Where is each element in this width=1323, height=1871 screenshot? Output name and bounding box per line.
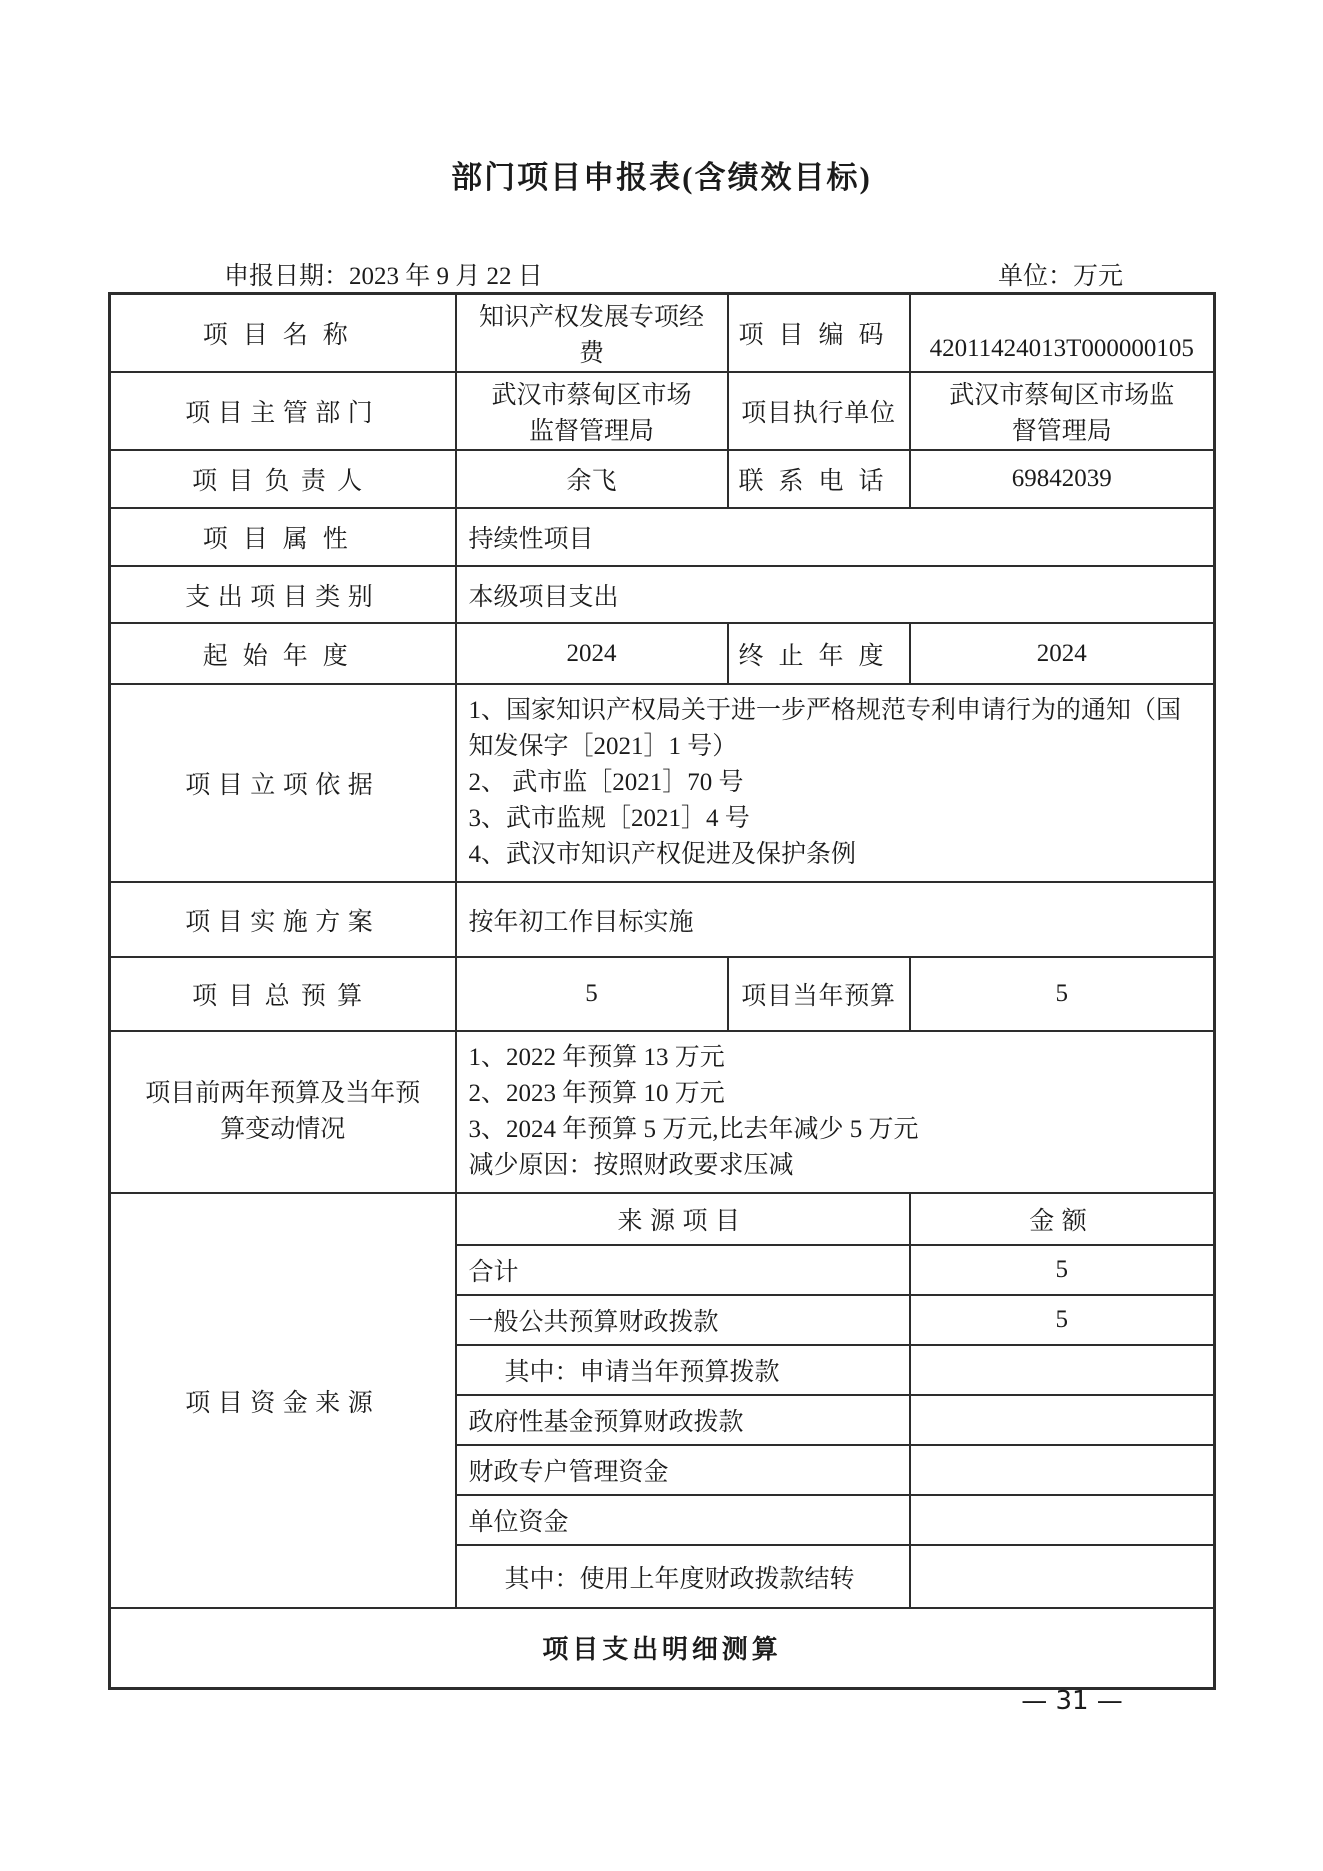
funding-total-amount: 5 (910, 1245, 1215, 1295)
detail-section-title: 项目支出明细测算 (110, 1608, 1215, 1688)
row-budget: 项目总预算 5 项目当年预算 5 (110, 957, 1215, 1031)
funding-current-appropriation-amount (910, 1345, 1215, 1395)
funding-carryover-name: 其中：使用上年度财政拨款结转 (456, 1545, 910, 1608)
start-year-value: 2024 (456, 623, 728, 684)
row-supervisor-dept: 项目主管部门 武汉市蔡甸区市场监督管理局 项目执行单位 武汉市蔡甸区市场监督管理… (110, 372, 1215, 450)
executing-unit-value: 武汉市蔡甸区市场监督管理局 (910, 372, 1215, 450)
current-year-budget-label: 项目当年预算 (728, 957, 910, 1031)
history-line-3: 3、2024 年预算 5 万元,比去年减少 5 万元 (469, 1112, 1202, 1148)
supervisor-dept-value: 武汉市蔡甸区市场监督管理局 (456, 372, 728, 450)
row-years: 起始年度 2024 终止年度 2024 (110, 623, 1215, 684)
total-budget-value: 5 (456, 957, 728, 1031)
budget-history-label: 项目前两年预算及当年预算变动情况 (110, 1031, 456, 1193)
executing-unit-label: 项目执行单位 (728, 372, 910, 450)
project-code-value: 42011424013T000000105 (910, 294, 1215, 373)
basis-line-1: 1、国家知识产权局关于进一步严格规范专利申请行为的通知（国知发保字［2021］1… (469, 693, 1202, 765)
page-title: 部门项目申报表(含绩效目标) (0, 152, 1323, 197)
funding-government-fund-name: 政府性基金预算财政拨款 (456, 1395, 910, 1445)
project-code-label: 项目编码 (728, 294, 910, 373)
row-budget-history: 项目前两年预算及当年预算变动情况 1、2022 年预算 13 万元 2、2023… (110, 1031, 1215, 1193)
basis-line-3: 3、武市监规［2021］4 号 (469, 801, 1202, 837)
row-project-name: 项目名称 知识产权发展专项经费 项目编码 42011424013T0000001… (110, 294, 1215, 373)
supervisor-dept-label: 项目主管部门 (110, 372, 456, 450)
funding-column-amount: 金额 (910, 1193, 1215, 1245)
row-project-leader: 项目负责人 余飞 联系电话 69842039 (110, 450, 1215, 508)
implementation-plan-label: 项目实施方案 (110, 882, 456, 957)
document-page: 部门项目申报表(含绩效目标) 申报日期：2023 年 9 月 22 日 单位：万… (0, 0, 1323, 1871)
funding-source-label: 项目资金来源 (110, 1193, 456, 1608)
unit-label: 单位：万元 (998, 256, 1123, 292)
funding-special-account-name: 财政专户管理资金 (456, 1445, 910, 1495)
basis-line-4: 4、武汉市知识产权促进及保护条例 (469, 837, 1202, 873)
project-basis-value: 1、国家知识产权局关于进一步严格规范专利申请行为的通知（国知发保字［2021］1… (456, 684, 1215, 882)
funding-special-account-amount (910, 1445, 1215, 1495)
row-implementation-plan: 项目实施方案 按年初工作目标实施 (110, 882, 1215, 957)
history-line-4: 减少原因：按照财政要求压减 (469, 1148, 1202, 1184)
funding-column-source: 来源项目 (456, 1193, 910, 1245)
history-line-2: 2、2023 年预算 10 万元 (469, 1076, 1202, 1112)
funding-carryover-amount (910, 1545, 1215, 1608)
end-year-label: 终止年度 (728, 623, 910, 684)
funding-general-name: 一般公共预算财政拨款 (456, 1295, 910, 1345)
row-project-basis: 项目立项依据 1、国家知识产权局关于进一步严格规范专利申请行为的通知（国知发保字… (110, 684, 1215, 882)
project-name-label: 项目名称 (110, 294, 456, 373)
funding-unit-funds-amount (910, 1495, 1215, 1545)
expenditure-category-value: 本级项目支出 (456, 566, 1215, 623)
history-line-1: 1、2022 年预算 13 万元 (469, 1040, 1202, 1076)
budget-history-value: 1、2022 年预算 13 万元 2、2023 年预算 10 万元 3、2024… (456, 1031, 1215, 1193)
funding-current-appropriation-name: 其中：申请当年预算拨款 (456, 1345, 910, 1395)
project-name-value: 知识产权发展专项经费 (456, 294, 728, 373)
row-expenditure-category: 支出项目类别 本级项目支出 (110, 566, 1215, 623)
end-year-value: 2024 (910, 623, 1215, 684)
implementation-plan-value: 按年初工作目标实施 (456, 882, 1215, 957)
project-leader-value: 余飞 (456, 450, 728, 508)
page-number: — 31 — (972, 1686, 1172, 1716)
row-detail-section: 项目支出明细测算 (110, 1608, 1215, 1688)
row-project-attribute: 项目属性 持续性项目 (110, 508, 1215, 566)
current-year-budget-value: 5 (910, 957, 1215, 1031)
application-form-table: 项目名称 知识产权发展专项经费 项目编码 42011424013T0000001… (108, 292, 1216, 1690)
declaration-date: 申报日期：2023 年 9 月 22 日 (224, 256, 543, 292)
row-funding-header: 项目资金来源 来源项目 金额 (110, 1193, 1215, 1245)
contact-phone-value: 69842039 (910, 450, 1215, 508)
funding-general-amount: 5 (910, 1295, 1215, 1345)
project-attribute-label: 项目属性 (110, 508, 456, 566)
expenditure-category-label: 支出项目类别 (110, 566, 456, 623)
project-basis-label: 项目立项依据 (110, 684, 456, 882)
funding-unit-funds-name: 单位资金 (456, 1495, 910, 1545)
start-year-label: 起始年度 (110, 623, 456, 684)
contact-phone-label: 联系电话 (728, 450, 910, 508)
funding-government-fund-amount (910, 1395, 1215, 1445)
basis-line-2: 2、 武市监［2021］70 号 (469, 765, 1202, 801)
project-attribute-value: 持续性项目 (456, 508, 1215, 566)
total-budget-label: 项目总预算 (110, 957, 456, 1031)
project-leader-label: 项目负责人 (110, 450, 456, 508)
funding-total-name: 合计 (456, 1245, 910, 1295)
